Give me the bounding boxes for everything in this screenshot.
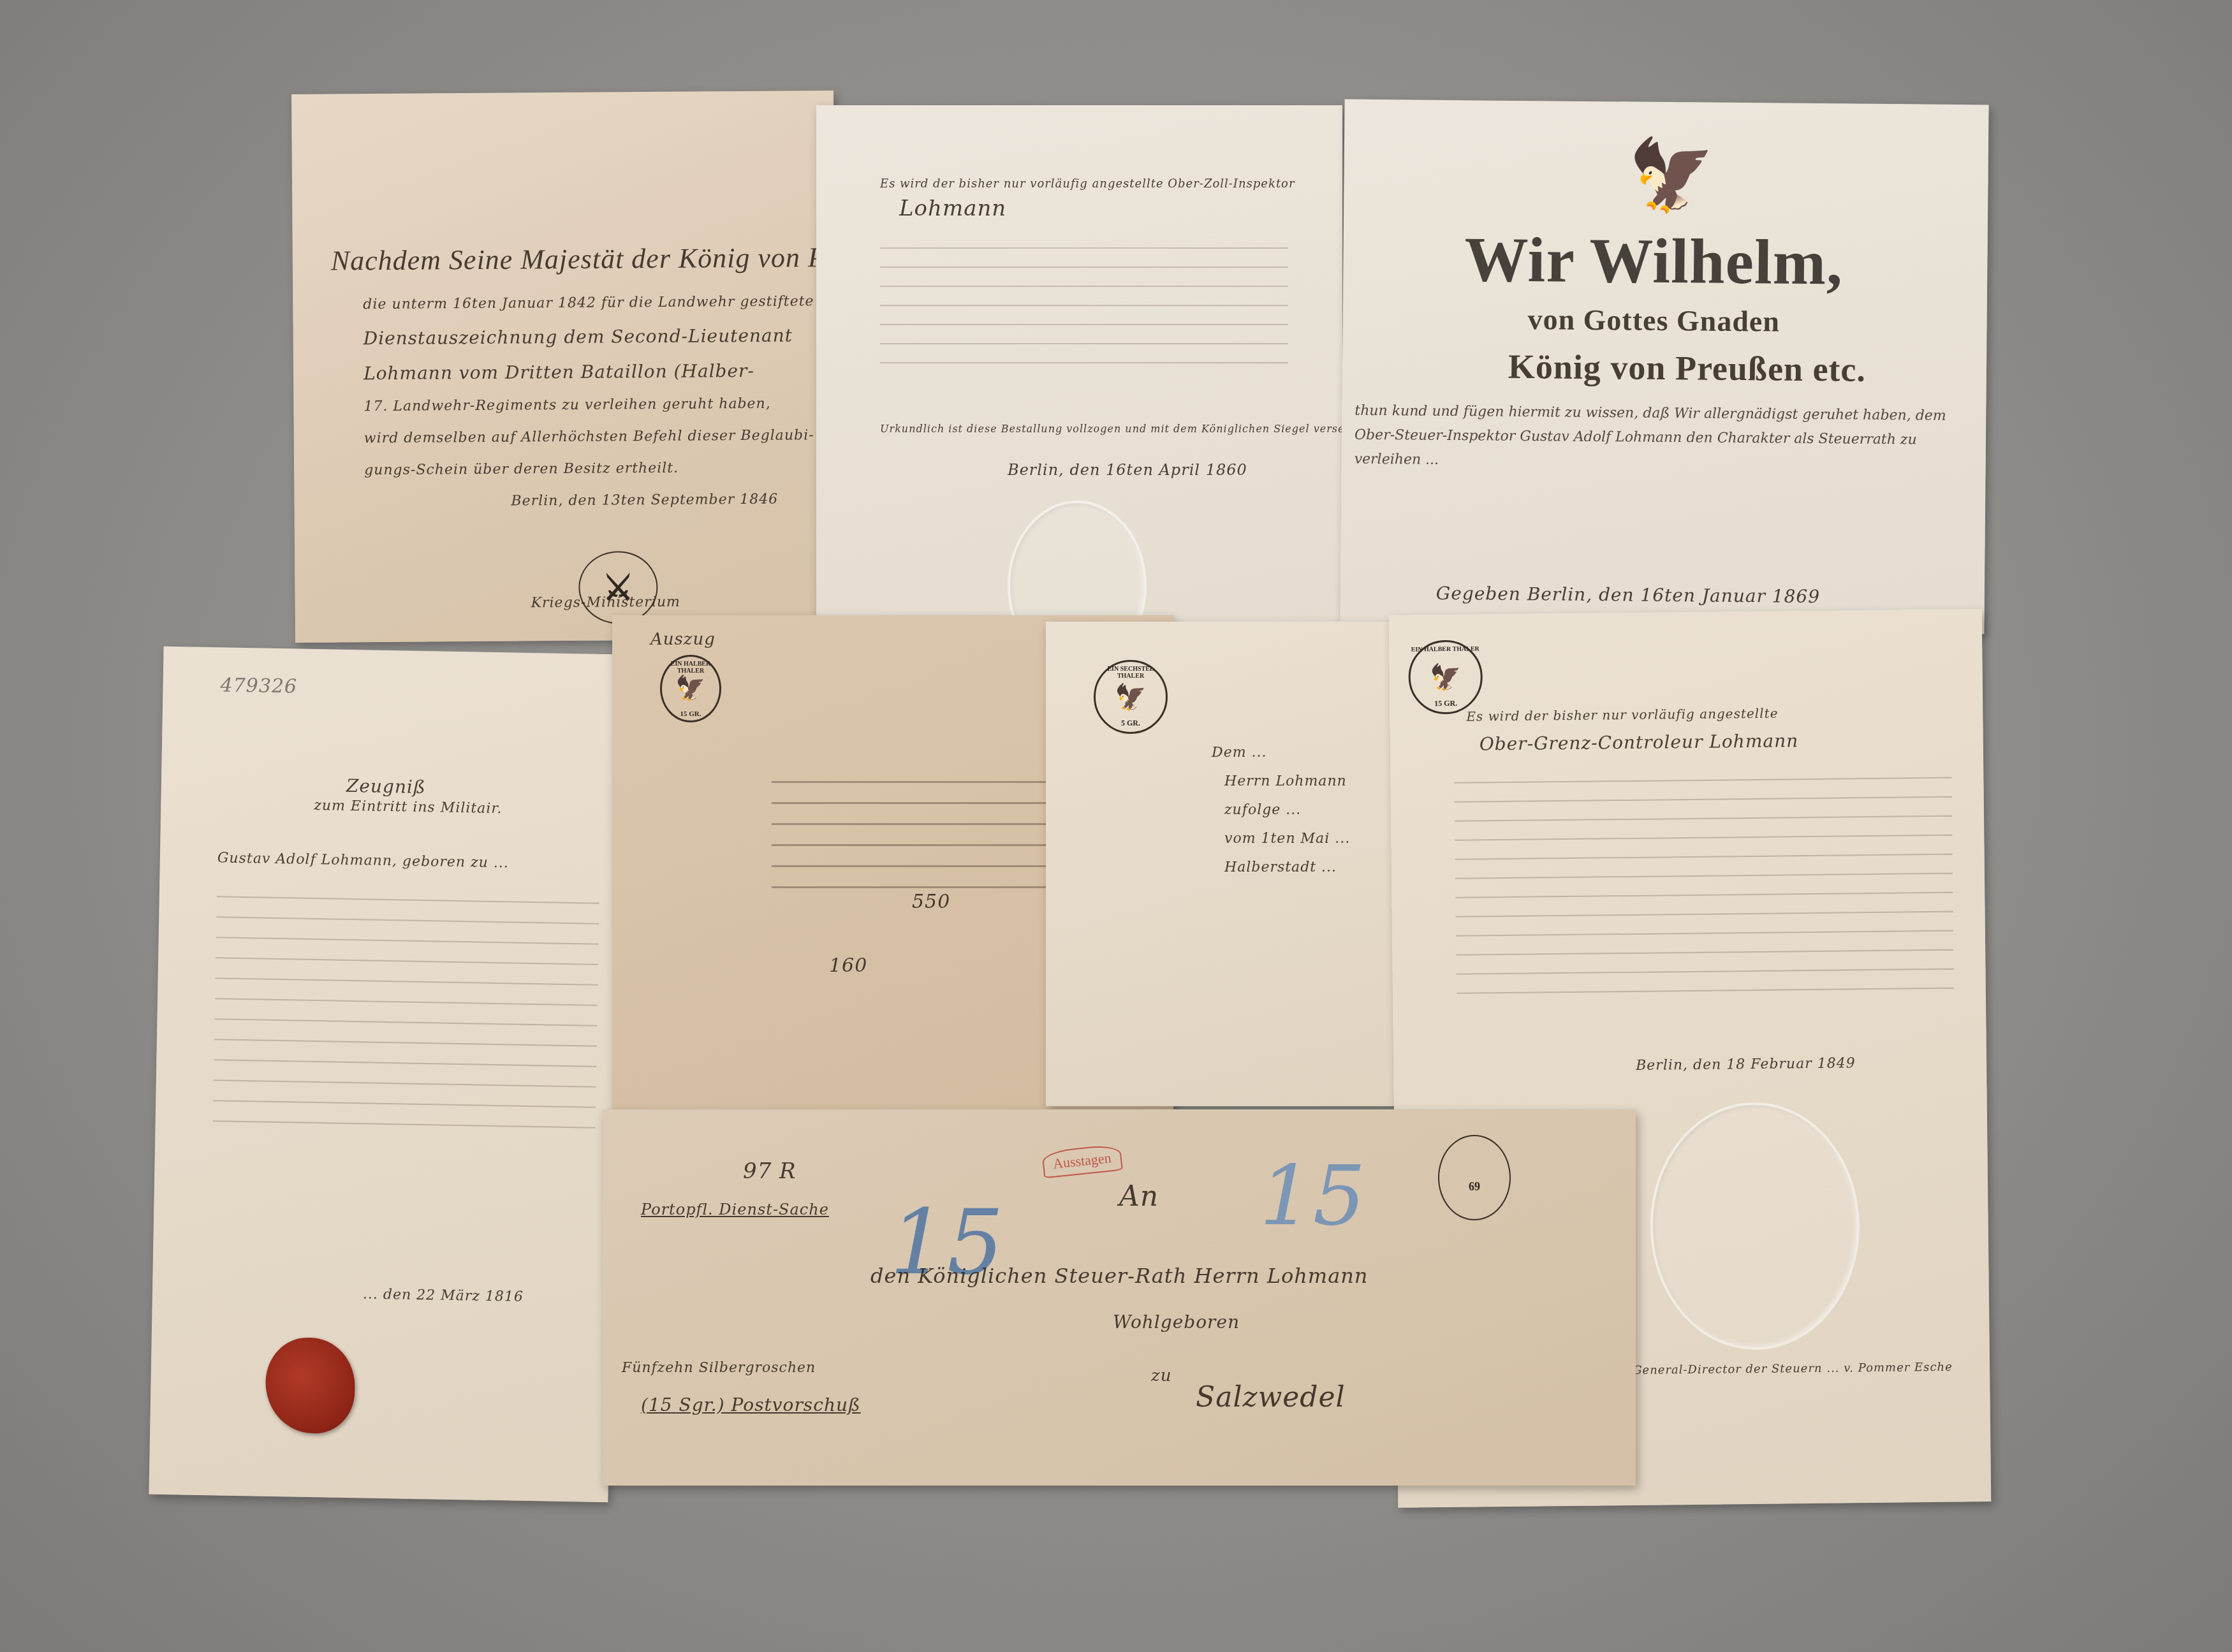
body-text — [212, 877, 599, 1147]
name-highlight: Lohmann — [899, 198, 1006, 219]
text-line: Herrn Lohmann — [1224, 775, 1347, 789]
service-note: Portopfl. Dienst-Sache — [641, 1202, 829, 1217]
patent-title: Wir Wilhelm, — [1464, 228, 1843, 295]
eagle-icon: 🦅 — [1430, 662, 1462, 692]
amount-550: 550 — [912, 893, 950, 912]
reference-number: 97 R — [743, 1160, 797, 1182]
blue-mark: 15 — [1259, 1154, 1366, 1237]
text-line: wird demselben auf Allerhöchsten Befehl … — [364, 428, 814, 446]
red-postal-stamp: Ausstagen — [1041, 1144, 1122, 1179]
postage-amount: (15 Sgr.) Postvorschuß — [641, 1396, 861, 1414]
body-text — [1454, 759, 1954, 1012]
name-line: Ober-Grenz-Controleur Lohmann — [1479, 732, 1799, 753]
testimonial-title: Zeugniß — [346, 777, 426, 796]
tax-stamp: EIN HALBER THALER 🦅 15 GR. — [660, 655, 721, 722]
text-line: zufolge ... — [1224, 803, 1301, 817]
text-line: vom 1ten Mai ... — [1224, 832, 1350, 846]
patent-subtitle: von Gottes Gnaden — [1527, 305, 1780, 336]
text-line: Dienstauszeichnung dem Second-Lieutenant — [363, 327, 793, 348]
patent-subtitle-2: König von Preußen etc. — [1508, 349, 1866, 387]
ministry-footer: Kriegs-Ministerium — [531, 596, 680, 611]
document-testimonial-1816: 479326 Zeugniß zum Eintritt ins Militair… — [149, 647, 622, 1502]
tax-stamp: EIN SECHSTEL THALER 🦅 5 GR. — [1094, 660, 1168, 734]
patent-body: thun kund und fügen hiermit zu wissen, d… — [1355, 399, 1961, 477]
text-line: gungs-Schein über deren Besitz ertheilt. — [364, 462, 679, 478]
text-line: Dem ... — [1212, 746, 1267, 760]
red-wax-seal — [265, 1337, 356, 1434]
ministry-seal: ⚔ — [578, 551, 658, 624]
text-line: 17. Landwehr-Regiments zu verleihen geru… — [363, 397, 770, 414]
date-line: Berlin, den 18 Februar 1849 — [1636, 1056, 1856, 1073]
closing-text: Urkundlich ist diese Bestallung vollzoge… — [880, 424, 1416, 434]
embossed-seal — [1649, 1101, 1861, 1350]
archive-number: 479326 — [220, 676, 297, 696]
date-line: Gegeben Berlin, den 16ten Januar 1869 — [1436, 585, 1820, 606]
postage-note: Fünfzehn Silbergroschen — [622, 1361, 816, 1375]
document-royal-patent-1869: 🦅 Wir Wilhelm, von Gottes Gnaden König v… — [1340, 99, 1988, 634]
excerpt-header: Auszug — [650, 631, 716, 648]
honorific: Wohlgeboren — [1113, 1313, 1240, 1331]
eagle-icon: 🦅 — [675, 675, 705, 703]
date-line: Berlin, den 16ten April 1860 — [1008, 462, 1247, 478]
document-letter-halberstadt: EIN SECHSTEL THALER 🦅 5 GR. Dem ... Herr… — [1046, 622, 1403, 1106]
tax-stamp: EIN HALBER THALER 🦅 15 GR. — [1408, 640, 1483, 714]
text-line: Gustav Adolf Lohmann, geboren zu ... — [217, 851, 509, 870]
date-line: Berlin, den 13ten September 1846 — [511, 493, 778, 509]
text-line: Halberstadt ... — [1224, 861, 1337, 875]
text-line: die unterm 16ten Januar 1842 für die Lan… — [363, 295, 814, 312]
date-line: ... den 22 März 1816 — [363, 1287, 524, 1304]
text-line: Es wird der bisher nur vorläufig angeste… — [1466, 707, 1778, 723]
document-commission-1846: Nachdem Seine Majestät der König von Pre… — [291, 91, 837, 643]
address-to: An — [1119, 1183, 1159, 1211]
prussian-eagle-icon: 🦅 — [1627, 127, 1705, 223]
testimonial-subtitle: zum Eintritt ins Militair. — [314, 799, 502, 816]
body-text — [880, 230, 1288, 381]
recipient: den Königlichen Steuer-Rath Herrn Lohman… — [870, 1266, 1368, 1286]
text-line: Lohmann vom Dritten Bataillon (Halber- — [363, 362, 754, 383]
city-prefix: zu — [1151, 1368, 1171, 1384]
amount-160: 160 — [829, 956, 867, 976]
document-appointment-1860: Es wird der bisher nur vorläufig angeste… — [816, 105, 1342, 628]
document-envelope: 97 R Portopfl. Dienst-Sache Ausstagen An… — [603, 1109, 1636, 1486]
signature: General-Director der Steuern ... v. Pomm… — [1633, 1362, 1953, 1377]
city: Salzwedel — [1196, 1384, 1346, 1412]
text-line: Es wird der bisher nur vorläufig angeste… — [880, 179, 1295, 190]
postmark: 69 — [1438, 1135, 1511, 1220]
eagle-icon: 🦅 — [1115, 682, 1147, 712]
